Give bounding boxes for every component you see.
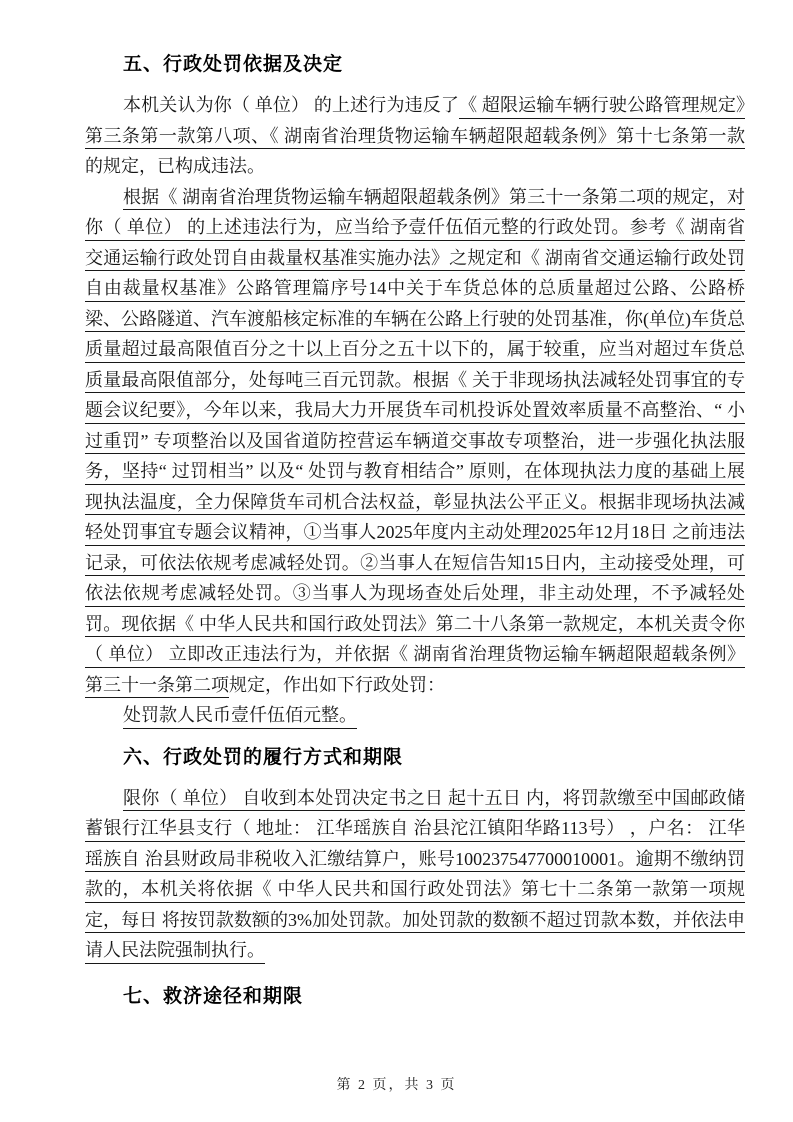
section-heading: 五、行政处罚依据及决定 bbox=[85, 52, 745, 78]
document-page: 五、行政处罚依据及决定本机关认为你（ 单位） 的上述行为违反了《 超限运输车辆行… bbox=[0, 0, 793, 1122]
paragraph: 本机关认为你（ 单位） 的上述行为违反了《 超限运输车辆行驶公路管理规定》第三条… bbox=[85, 90, 745, 182]
underlined-text: 限你（ 单位） 自收到本处罚决定书之日 起十五日 内，将罚款缴至中国邮政储蓄银行… bbox=[85, 788, 745, 964]
document-body: 五、行政处罚依据及决定本机关认为你（ 单位） 的上述行为违反了《 超限运输车辆行… bbox=[85, 52, 745, 1010]
plain-text: 的规定，已构成违法。 bbox=[85, 156, 265, 176]
page-footer: 第 2 页，共 3 页 bbox=[0, 1074, 793, 1094]
plain-text: 本机关认为你（ 单位） 的上述行为违反了 bbox=[123, 95, 459, 115]
paragraph: 根据《 湖南省治理货物运输车辆超限超载条例》第三十一条第二项的规定，对你（ 单位… bbox=[85, 182, 745, 701]
paragraph: 限你（ 单位） 自收到本处罚决定书之日 起十五日 内，将罚款缴至中国邮政储蓄银行… bbox=[85, 783, 745, 966]
underlined-text: 根据《 湖南省治理货物运输车辆超限超载条例》第三十一条第二项的规定，对你（ 单位… bbox=[85, 187, 745, 699]
page-number-text: 第 2 页，共 3 页 bbox=[337, 1078, 457, 1093]
section-heading: 七、救济途径和期限 bbox=[85, 984, 745, 1010]
underlined-text: 处罚款人民币壹仟伍佰元整。 bbox=[123, 705, 357, 729]
paragraph: 处罚款人民币壹仟伍佰元整。 bbox=[85, 700, 745, 731]
section-heading: 六、行政处罚的履行方式和期限 bbox=[85, 745, 745, 771]
plain-text: 规定，作出如下行政处罚： bbox=[229, 675, 445, 695]
